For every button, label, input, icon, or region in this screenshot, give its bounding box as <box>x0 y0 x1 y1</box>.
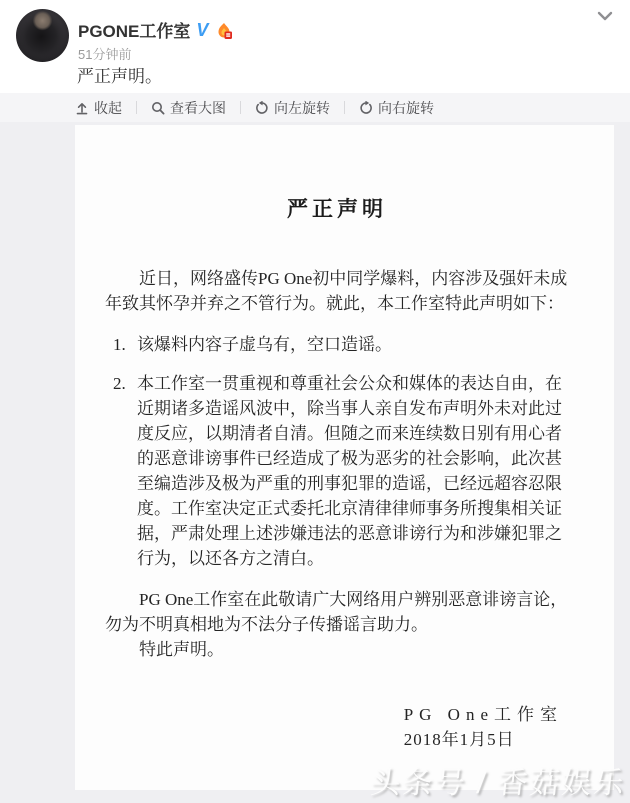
rotate-left-label: 向左旋转 <box>274 98 330 118</box>
post-text: 严正声明。 <box>77 62 162 87</box>
statement-closing-2: 特此声明。 <box>105 637 569 662</box>
membership-badge-icon <box>215 22 233 40</box>
rotate-right-button[interactable]: 向右旋转 <box>359 98 434 118</box>
view-large-label: 查看大图 <box>170 98 226 118</box>
collapse-label: 收起 <box>94 98 122 118</box>
statement-closing: PG One工作室在此敬请广大网络用户辨别恶意诽谤言论，勿为不明真相地为不法分子… <box>105 587 569 637</box>
statement-title: 严正声明 <box>105 197 569 222</box>
collapse-icon <box>75 101 89 115</box>
toolbar-divider <box>344 101 345 114</box>
image-toolbar: 收起 查看大图 向左旋转 向右旋转 <box>0 93 630 122</box>
item-number: 1. <box>113 332 137 357</box>
item-text: 该爆料内容子虚乌有，空口造谣。 <box>137 332 569 357</box>
statement-document: 严正声明 近日，网络盛传PG One初中同学爆料，内容涉及强奸未成年致其怀孕并弃… <box>75 125 614 790</box>
search-icon <box>151 101 165 115</box>
collapse-button[interactable]: 收起 <box>75 98 122 118</box>
signature-date: 2018年1月5日 <box>404 727 563 752</box>
item-number: 2. <box>113 371 137 571</box>
toolbar-divider <box>240 101 241 114</box>
rotate-right-label: 向右旋转 <box>378 98 434 118</box>
chevron-down-icon[interactable] <box>594 8 616 26</box>
avatar[interactable] <box>16 9 69 62</box>
signature-block: PG One工作室 2018年1月5日 <box>404 702 563 752</box>
signature-name: PG One工作室 <box>404 702 563 727</box>
statement-image: 严正声明 近日，网络盛传PG One初中同学爆料，内容涉及强奸未成年致其怀孕并弃… <box>0 122 630 803</box>
rotate-right-icon <box>359 101 373 115</box>
rotate-left-icon <box>255 101 269 115</box>
item-text: 本工作室一贯重视和尊重社会公众和媒体的表达自由，在近期诸多造谣风波中，除当事人亲… <box>137 371 569 571</box>
statement-intro: 近日，网络盛传PG One初中同学爆料，内容涉及强奸未成年致其怀孕并弃之不管行为… <box>105 266 569 316</box>
post-timestamp: 51分钟前 <box>78 44 131 63</box>
statement-item-2: 2. 本工作室一贯重视和尊重社会公众和媒体的表达自由，在近期诸多造谣风波中，除当… <box>113 371 569 571</box>
post-header: PGONE工作室 V 51分钟前 严正声明。 <box>0 0 630 93</box>
author-name[interactable]: PGONE工作室 <box>78 17 190 42</box>
view-large-button[interactable]: 查看大图 <box>151 98 226 118</box>
rotate-left-button[interactable]: 向左旋转 <box>255 98 330 118</box>
watermark: 头条号 / 香菇娱乐 <box>369 758 629 802</box>
statement-item-1: 1. 该爆料内容子虚乌有，空口造谣。 <box>113 332 569 357</box>
author-row: PGONE工作室 V <box>78 17 233 42</box>
verified-badge-icon: V <box>196 21 209 39</box>
toolbar-divider <box>136 101 137 114</box>
